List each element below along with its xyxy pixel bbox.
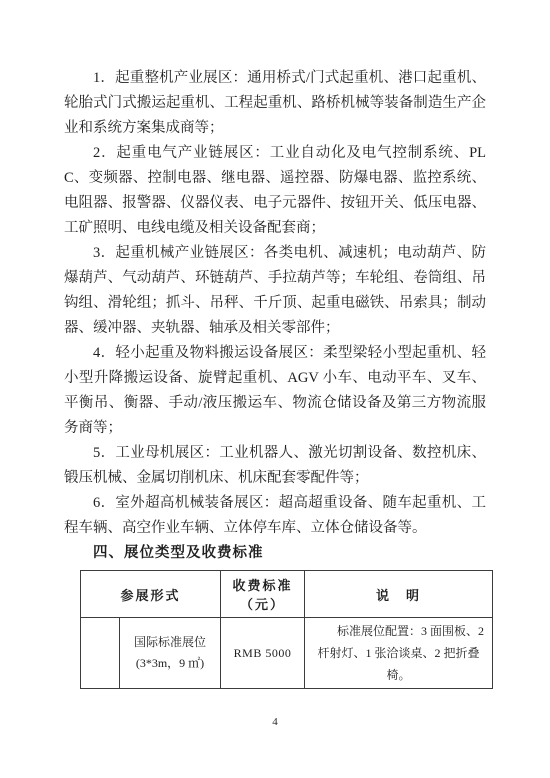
- column-header-fee: 收费标准（元）: [221, 571, 305, 618]
- paragraph-3: 3．起重机械产业链展区：各类电机、减速机；电动葫芦、防爆葫芦、气动葫芦、环链葫芦…: [64, 241, 486, 341]
- document-body: 1．起重整机产业展区：通用桥式/门式起重机、港口起重机、轮胎式门式搬运起重机、工…: [64, 66, 486, 689]
- paragraph-1: 1．起重整机产业展区：通用桥式/门式起重机、港口起重机、轮胎式门式搬运起重机、工…: [64, 66, 486, 141]
- paragraph-2: 2．起重电气产业链展区：工业自动化及电气控制系统、PLC、变频器、控制电器、继电…: [64, 141, 486, 241]
- table-row: 国际标准展位 (3*3m，9 ㎡) RMB 5000 标准展位配置：3 面围板、…: [81, 618, 493, 689]
- booth-type-cell: 国际标准展位 (3*3m，9 ㎡): [120, 618, 221, 689]
- fee-cell: RMB 5000: [221, 618, 305, 689]
- table-header-row: 参展形式 收费标准（元） 说 明: [81, 571, 493, 618]
- document-page: 1．起重整机产业展区：通用桥式/门式起重机、港口起重机、轮胎式门式搬运起重机、工…: [0, 0, 550, 778]
- booth-type-name: 国际标准展位: [120, 632, 220, 653]
- booth-category-cell: [81, 618, 120, 689]
- paragraph-6: 6．室外超高机械装备展区：超高超重设备、随车起重机、工程车辆、高空作业车辆、立体…: [64, 491, 486, 541]
- section-heading: 四、展位类型及收费标准: [64, 541, 486, 566]
- paragraph-4: 4．轻小起重及物料搬运设备展区：柔型梁轻小型起重机、轻小型升降搬运设备、旋臂起重…: [64, 341, 486, 441]
- booth-type-size: (3*3m，9 ㎡): [120, 653, 220, 674]
- column-header-note: 说 明: [305, 571, 493, 618]
- note-cell: 标准展位配置：3 面围板、2 杆射灯、1 张洽谈桌、2 把折叠椅。: [305, 618, 493, 689]
- fee-table: 参展形式 收费标准（元） 说 明 国际标准展位 (3*3m，9 ㎡) RMB 5…: [80, 570, 493, 689]
- column-header-form: 参展形式: [81, 571, 221, 618]
- paragraph-5: 5．工业母机展区：工业机器人、激光切割设备、数控机床、锻压机械、金属切削机床、机…: [64, 441, 486, 491]
- page-number: 4: [0, 716, 550, 728]
